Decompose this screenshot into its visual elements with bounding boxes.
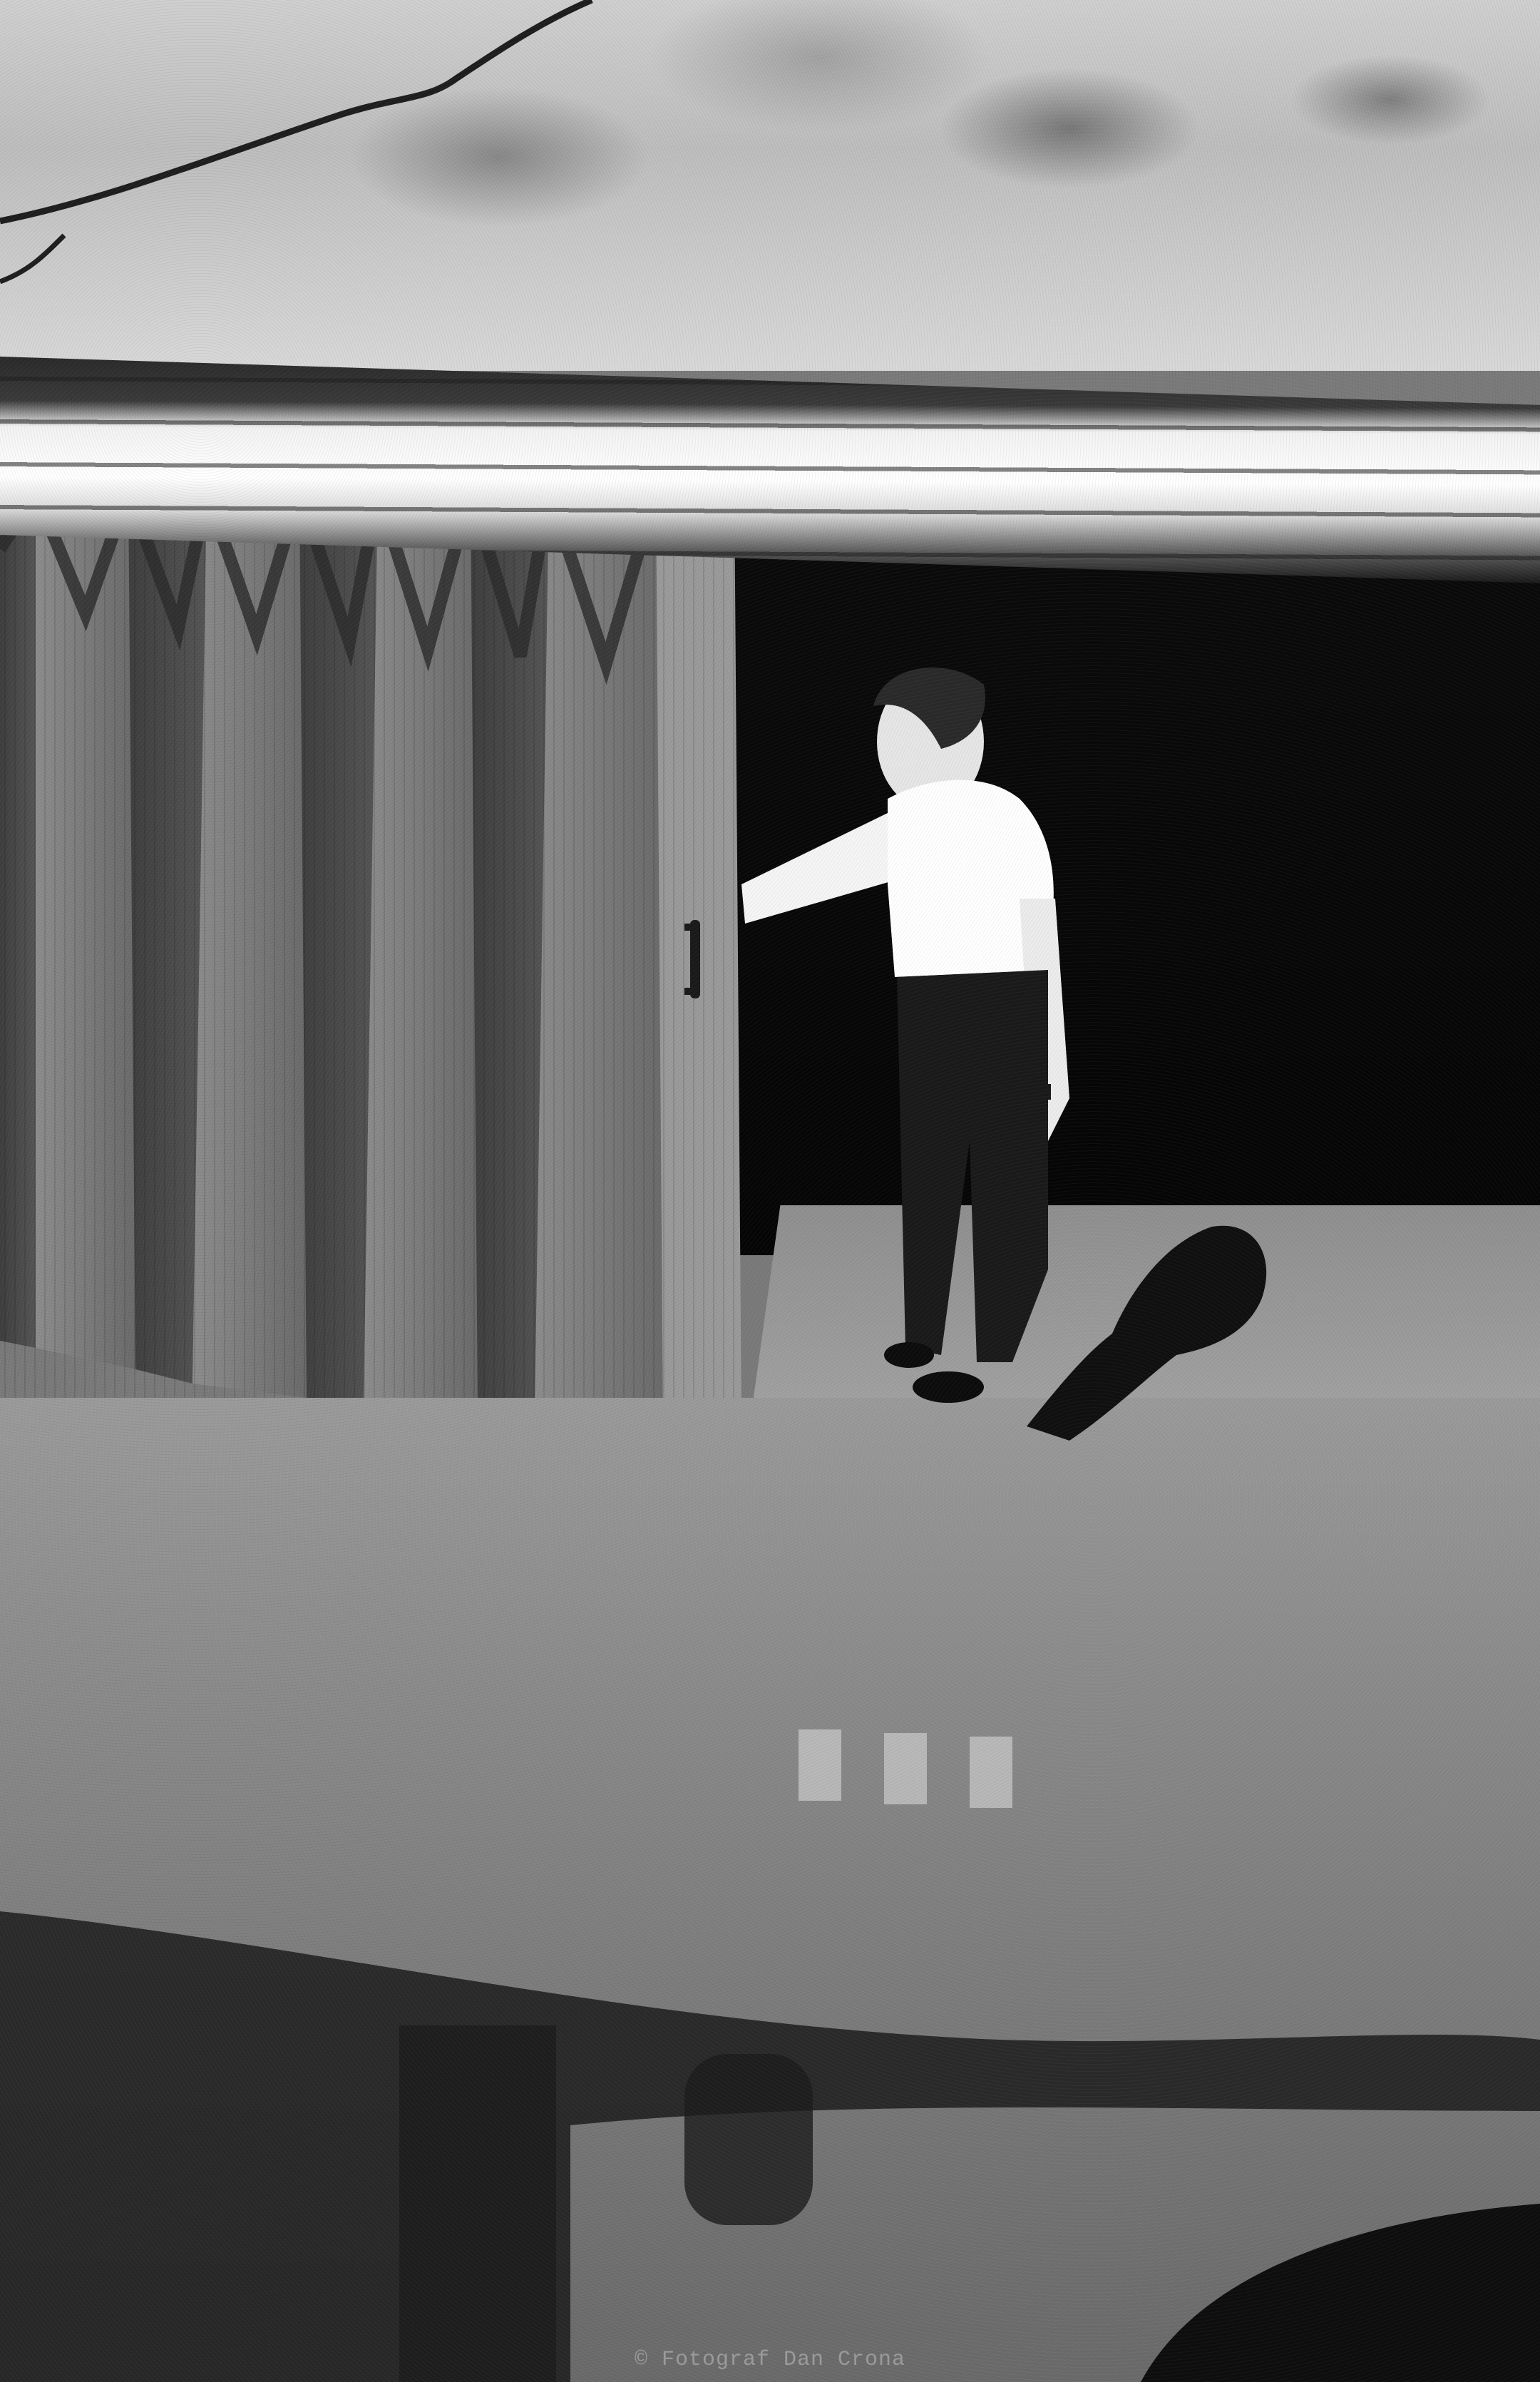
street-shadows — [0, 1398, 1540, 2382]
overhead-cable — [0, 0, 642, 300]
photographer-watermark: © Fotograf Dan Crona — [0, 2348, 1540, 2372]
man-opening-door — [713, 642, 1141, 1498]
folding-garage-door[interactable] — [0, 492, 749, 1419]
photograph: © Fotograf Dan Crona — [0, 0, 1540, 2382]
